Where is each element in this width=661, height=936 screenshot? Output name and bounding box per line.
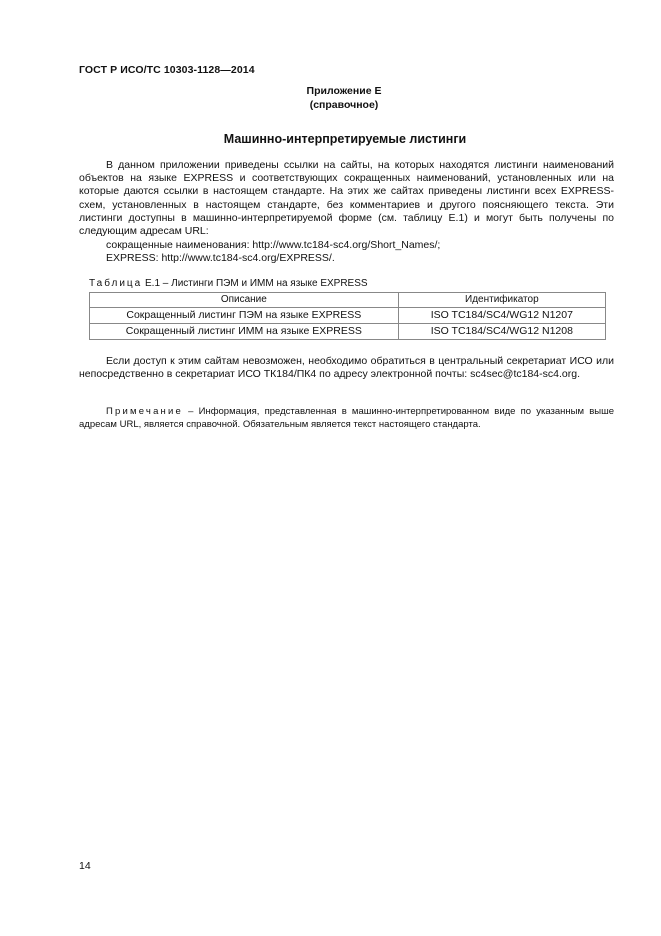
table-row: Сокращенный листинг ИММ на языке EXPRESS… [90,324,606,340]
document-page: ГОСТ Р ИСО/ТС 10303-1128—2014 Приложение… [0,0,661,936]
table-caption: Таблица Е.1 – Листинги ПЭМ и ИММ на язык… [89,278,368,289]
document-code-header: ГОСТ Р ИСО/ТС 10303-1128—2014 [79,64,255,76]
column-header-identifier: Идентификатор [398,293,605,308]
table-cell-description: Сокращенный листинг ПЭМ на языке EXPRESS [90,308,399,324]
table-cell-description: Сокращенный листинг ИММ на языке EXPRESS [90,324,399,340]
appendix-title: Приложение Е [0,84,661,98]
table-header-row: Описание Идентификатор [90,293,606,308]
table-cell-identifier: ISO TC184/SC4/WG12 N1207 [398,308,605,324]
column-header-description: Описание [90,293,399,308]
section-title: Машинно-интерпретируемые листинги [0,132,661,146]
contact-paragraph-text: Если доступ к этим сайтам невозможен, не… [79,355,614,380]
table-cell-identifier: ISO TC184/SC4/WG12 N1208 [398,324,605,340]
listings-table: Описание Идентификатор Сокращенный листи… [89,292,606,340]
note-paragraph: Примечание – Информация, представленная … [79,405,614,431]
intro-paragraph: В данном приложении приведены ссылки на … [79,159,614,238]
table-caption-text: Е.1 – Листинги ПЭМ и ИММ на языке EXPRES… [142,278,367,289]
table-row: Сокращенный листинг ПЭМ на языке EXPRESS… [90,308,606,324]
intro-paragraph-text: В данном приложении приведены ссылки на … [79,159,614,237]
note-label: Примечание [106,406,183,417]
contact-paragraph: Если доступ к этим сайтам невозможен, не… [79,355,614,381]
table-caption-label: Таблица [89,278,142,289]
appendix-subtitle: (справочное) [0,98,661,112]
short-names-url: сокращенные наименования: http://www.tc1… [106,239,440,252]
page-number: 14 [79,860,91,872]
express-url: EXPRESS: http://www.tc184-sc4.org/EXPRES… [106,252,335,265]
